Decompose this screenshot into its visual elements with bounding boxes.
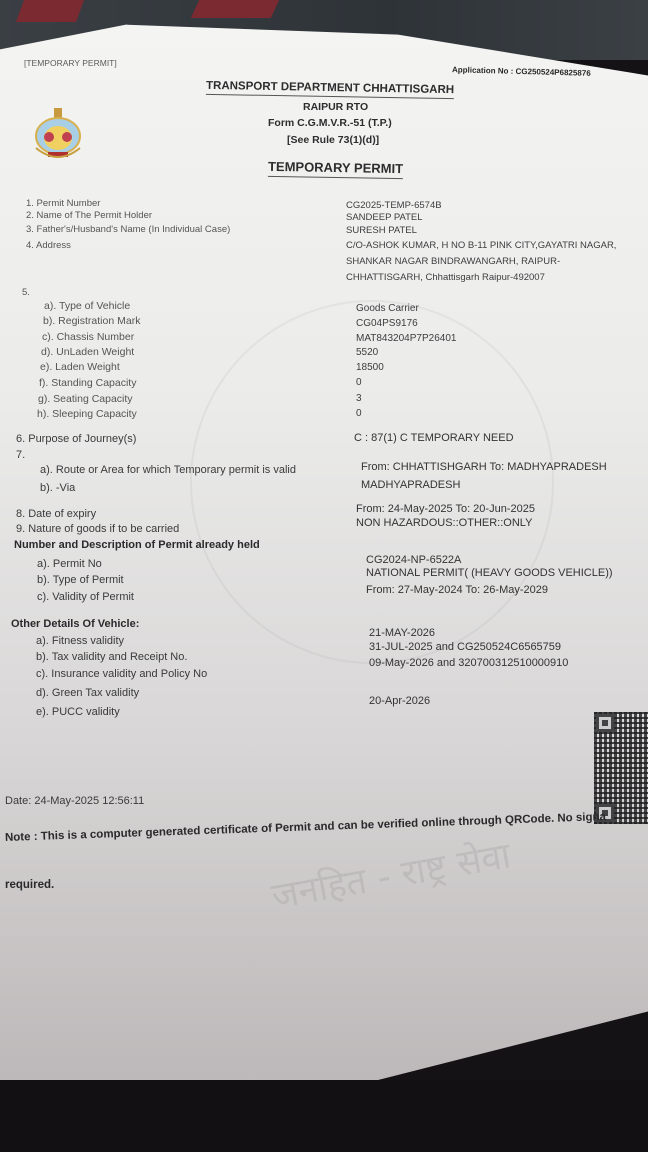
field-label: e). PUCC validity [36,706,120,718]
qr-code-icon [594,712,648,824]
permit-number-value: CG2025-TEMP-6574B [346,200,442,211]
other-detail-value: 31-JUL-2025 and CG250524C6565759 [369,641,561,653]
route-value: From: CHHATTISHGARH To: MADHYAPRADESH [361,461,607,473]
existing-permit-type: NATIONAL PERMIT( (HEAVY GOODS VEHICLE)) [366,567,613,579]
vehicle-field-value: 3 [356,393,362,404]
father-name-value: SURESH PATEL [346,225,417,236]
form-number: Form C.G.M.V.R.-51 (T.P.) [268,117,392,129]
application-number-value: CG250524P6825876 [515,67,590,78]
office-name: RAIPUR RTO [303,101,368,113]
existing-permit-heading: Number and Description of Permit already… [14,539,260,551]
qr-finder [596,714,614,732]
state-emblem-icon [28,108,88,164]
field-label: a). Permit No [37,558,102,570]
field-label: 2. Name of The Permit Holder [26,210,152,221]
vehicle-field-value: CG04PS9176 [356,318,418,329]
via-value: MADHYAPRADESH [361,479,460,491]
field-label: 3. Father's/Husband's Name (In Individua… [26,224,230,235]
department-name: TRANSPORT DEPARTMENT CHHATTISGARH [206,80,454,99]
field-label: a). Fitness validity [36,635,124,647]
field-label: b). Tax validity and Receipt No. [36,651,187,663]
field-label: c). Chassis Number [42,331,134,343]
application-number: Application No : CG250524P6825876 [452,65,591,78]
note-text-continued: required. [5,879,54,891]
vehicle-field-value: MAT843204P7P26401 [356,333,456,344]
corner-label: [TEMPORARY PERMIT] [24,58,117,68]
section-number: 7. [16,449,25,461]
field-label: g). Seating Capacity [38,393,133,405]
other-detail-value: 20-Apr-2026 [369,695,430,707]
field-label: a). Route or Area for which Temporary pe… [40,464,296,476]
field-label: d). UnLaden Weight [41,346,134,358]
field-label: d). Green Tax validity [36,687,139,699]
field-label: e). Laden Weight [40,361,120,373]
field-label: 4. Address [26,240,71,251]
vehicle-field-value: 5520 [356,347,378,358]
address-line: SHANKAR NAGAR BINDRAWANGARH, RAIPUR- [346,256,560,267]
field-label: b). Type of Permit [37,574,124,586]
permit-document: जनहित - राष्ट्र सेवा [TEMPORARY PERMIT] … [0,0,648,1152]
vehicle-field-value: 0 [356,377,362,388]
other-detail-value: 09-May-2026 and 320700312510000910 [369,657,568,669]
address-line: C/O-ASHOK KUMAR, H NO B-11 PINK CITY,GAY… [346,240,616,251]
holder-name-value: SANDEEP PATEL [346,212,423,223]
address-line: CHHATTISGARH, Chhattisgarh Raipur-492007 [346,272,545,283]
field-label: c). Validity of Permit [37,591,134,603]
existing-permit-number: CG2024-NP-6522A [366,554,461,566]
other-details-heading: Other Details Of Vehicle: [11,618,139,630]
field-label: 1. Permit Number [26,198,100,209]
field-label: h). Sleeping Capacity [37,408,137,420]
purpose-value: C : 87(1) C TEMPORARY NEED [354,432,514,444]
watermark-text: जनहित - राष्ट्र सेवा [268,829,515,919]
note-text: Note : This is a computer generated cert… [5,811,606,844]
application-number-label: Application No : [452,65,514,76]
vehicle-field-value: 18500 [356,362,384,373]
rule-reference: [See Rule 73(1)(d)] [287,134,379,146]
permit-title: TEMPORARY PERMIT [268,159,403,179]
section-number: 5. [22,287,30,298]
vehicle-field-value: 0 [356,408,362,419]
date-stamp: Date: 24-May-2025 12:56:11 [5,795,144,807]
goods-value: NON HAZARDOUS::OTHER::ONLY [356,517,532,529]
field-label: b). -Via [40,482,75,494]
other-detail-value: 21-MAY-2026 [369,627,435,639]
field-label: 9. Nature of goods if to be carried [16,523,179,535]
background-surface-bottom [0,1080,648,1152]
expiry-value: From: 24-May-2025 To: 20-Jun-2025 [356,503,535,515]
field-label: c). Insurance validity and Policy No [36,668,207,680]
field-label: f). Standing Capacity [39,377,136,389]
field-label: 8. Date of expiry [16,508,96,520]
field-label: a). Type of Vehicle [44,300,130,312]
existing-permit-validity: From: 27-May-2024 To: 26-May-2029 [366,584,548,596]
vehicle-field-value: Goods Carrier [356,303,419,314]
field-label: b). Registration Mark [43,315,140,327]
field-label: 6. Purpose of Journey(s) [16,433,136,445]
